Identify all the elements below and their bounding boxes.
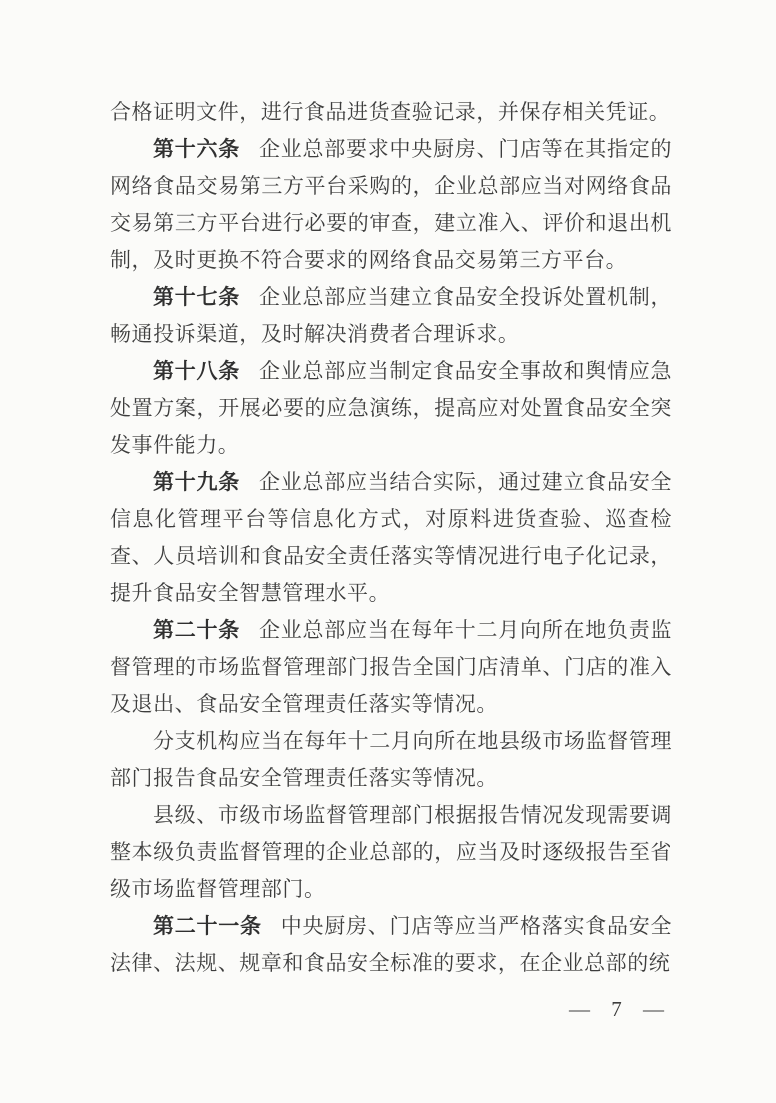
article-number: 第十七条 — [153, 285, 240, 309]
page-number: — 7 — — [569, 995, 665, 1023]
paragraph: 县级、市级市场监督管理部门根据报告情况发现需要调整本级负责监督管理的企业总部的，… — [110, 797, 672, 908]
document-body: 合格证明文件，进行食品进货查验记录，并保存相关凭证。 第十六条企业总部要求中央厨… — [110, 94, 672, 982]
article-number: 第十六条 — [153, 137, 240, 161]
paragraph: 第十九条企业总部应当结合实际，通过建立食品安全信息化管理平台等信息化方式，对原料… — [110, 464, 672, 612]
article-number: 第十九条 — [153, 470, 240, 494]
paragraph-text: 分支机构应当在每年十二月向所在地县级市场监督管理部门报告食品安全管理责任落实等情… — [110, 729, 672, 790]
paragraph: 第十七条企业总部应当建立食品安全投诉处置机制，畅通投诉渠道，及时解决消费者合理诉… — [110, 279, 672, 353]
paragraph: 合格证明文件，进行食品进货查验记录，并保存相关凭证。 — [110, 94, 672, 131]
article-number: 第二十一条 — [153, 914, 262, 938]
paragraph: 第十六条企业总部要求中央厨房、门店等在其指定的网络食品交易第三方平台采购的，企业… — [110, 131, 672, 279]
paragraph: 第十八条企业总部应当制定食品安全事故和舆情应急处置方案，开展必要的应急演练，提高… — [110, 353, 672, 464]
paragraph-text: 合格证明文件，进行食品进货查验记录，并保存相关凭证。 — [110, 100, 670, 124]
paragraph-text: 县级、市级市场监督管理部门根据报告情况发现需要调整本级负责监督管理的企业总部的，… — [110, 803, 672, 901]
paragraph: 分支机构应当在每年十二月向所在地县级市场监督管理部门报告食品安全管理责任落实等情… — [110, 723, 672, 797]
paragraph: 第二十条企业总部应当在每年十二月向所在地负责监督管理的市场监督管理部门报告全国门… — [110, 612, 672, 723]
article-number: 第二十条 — [153, 618, 240, 642]
article-number: 第十八条 — [153, 359, 240, 383]
paragraph: 第二十一条中央厨房、门店等应当严格落实食品安全法律、法规、规章和食品安全标准的要… — [110, 908, 672, 982]
document-page: 合格证明文件，进行食品进货查验记录，并保存相关凭证。 第十六条企业总部要求中央厨… — [0, 0, 776, 1103]
